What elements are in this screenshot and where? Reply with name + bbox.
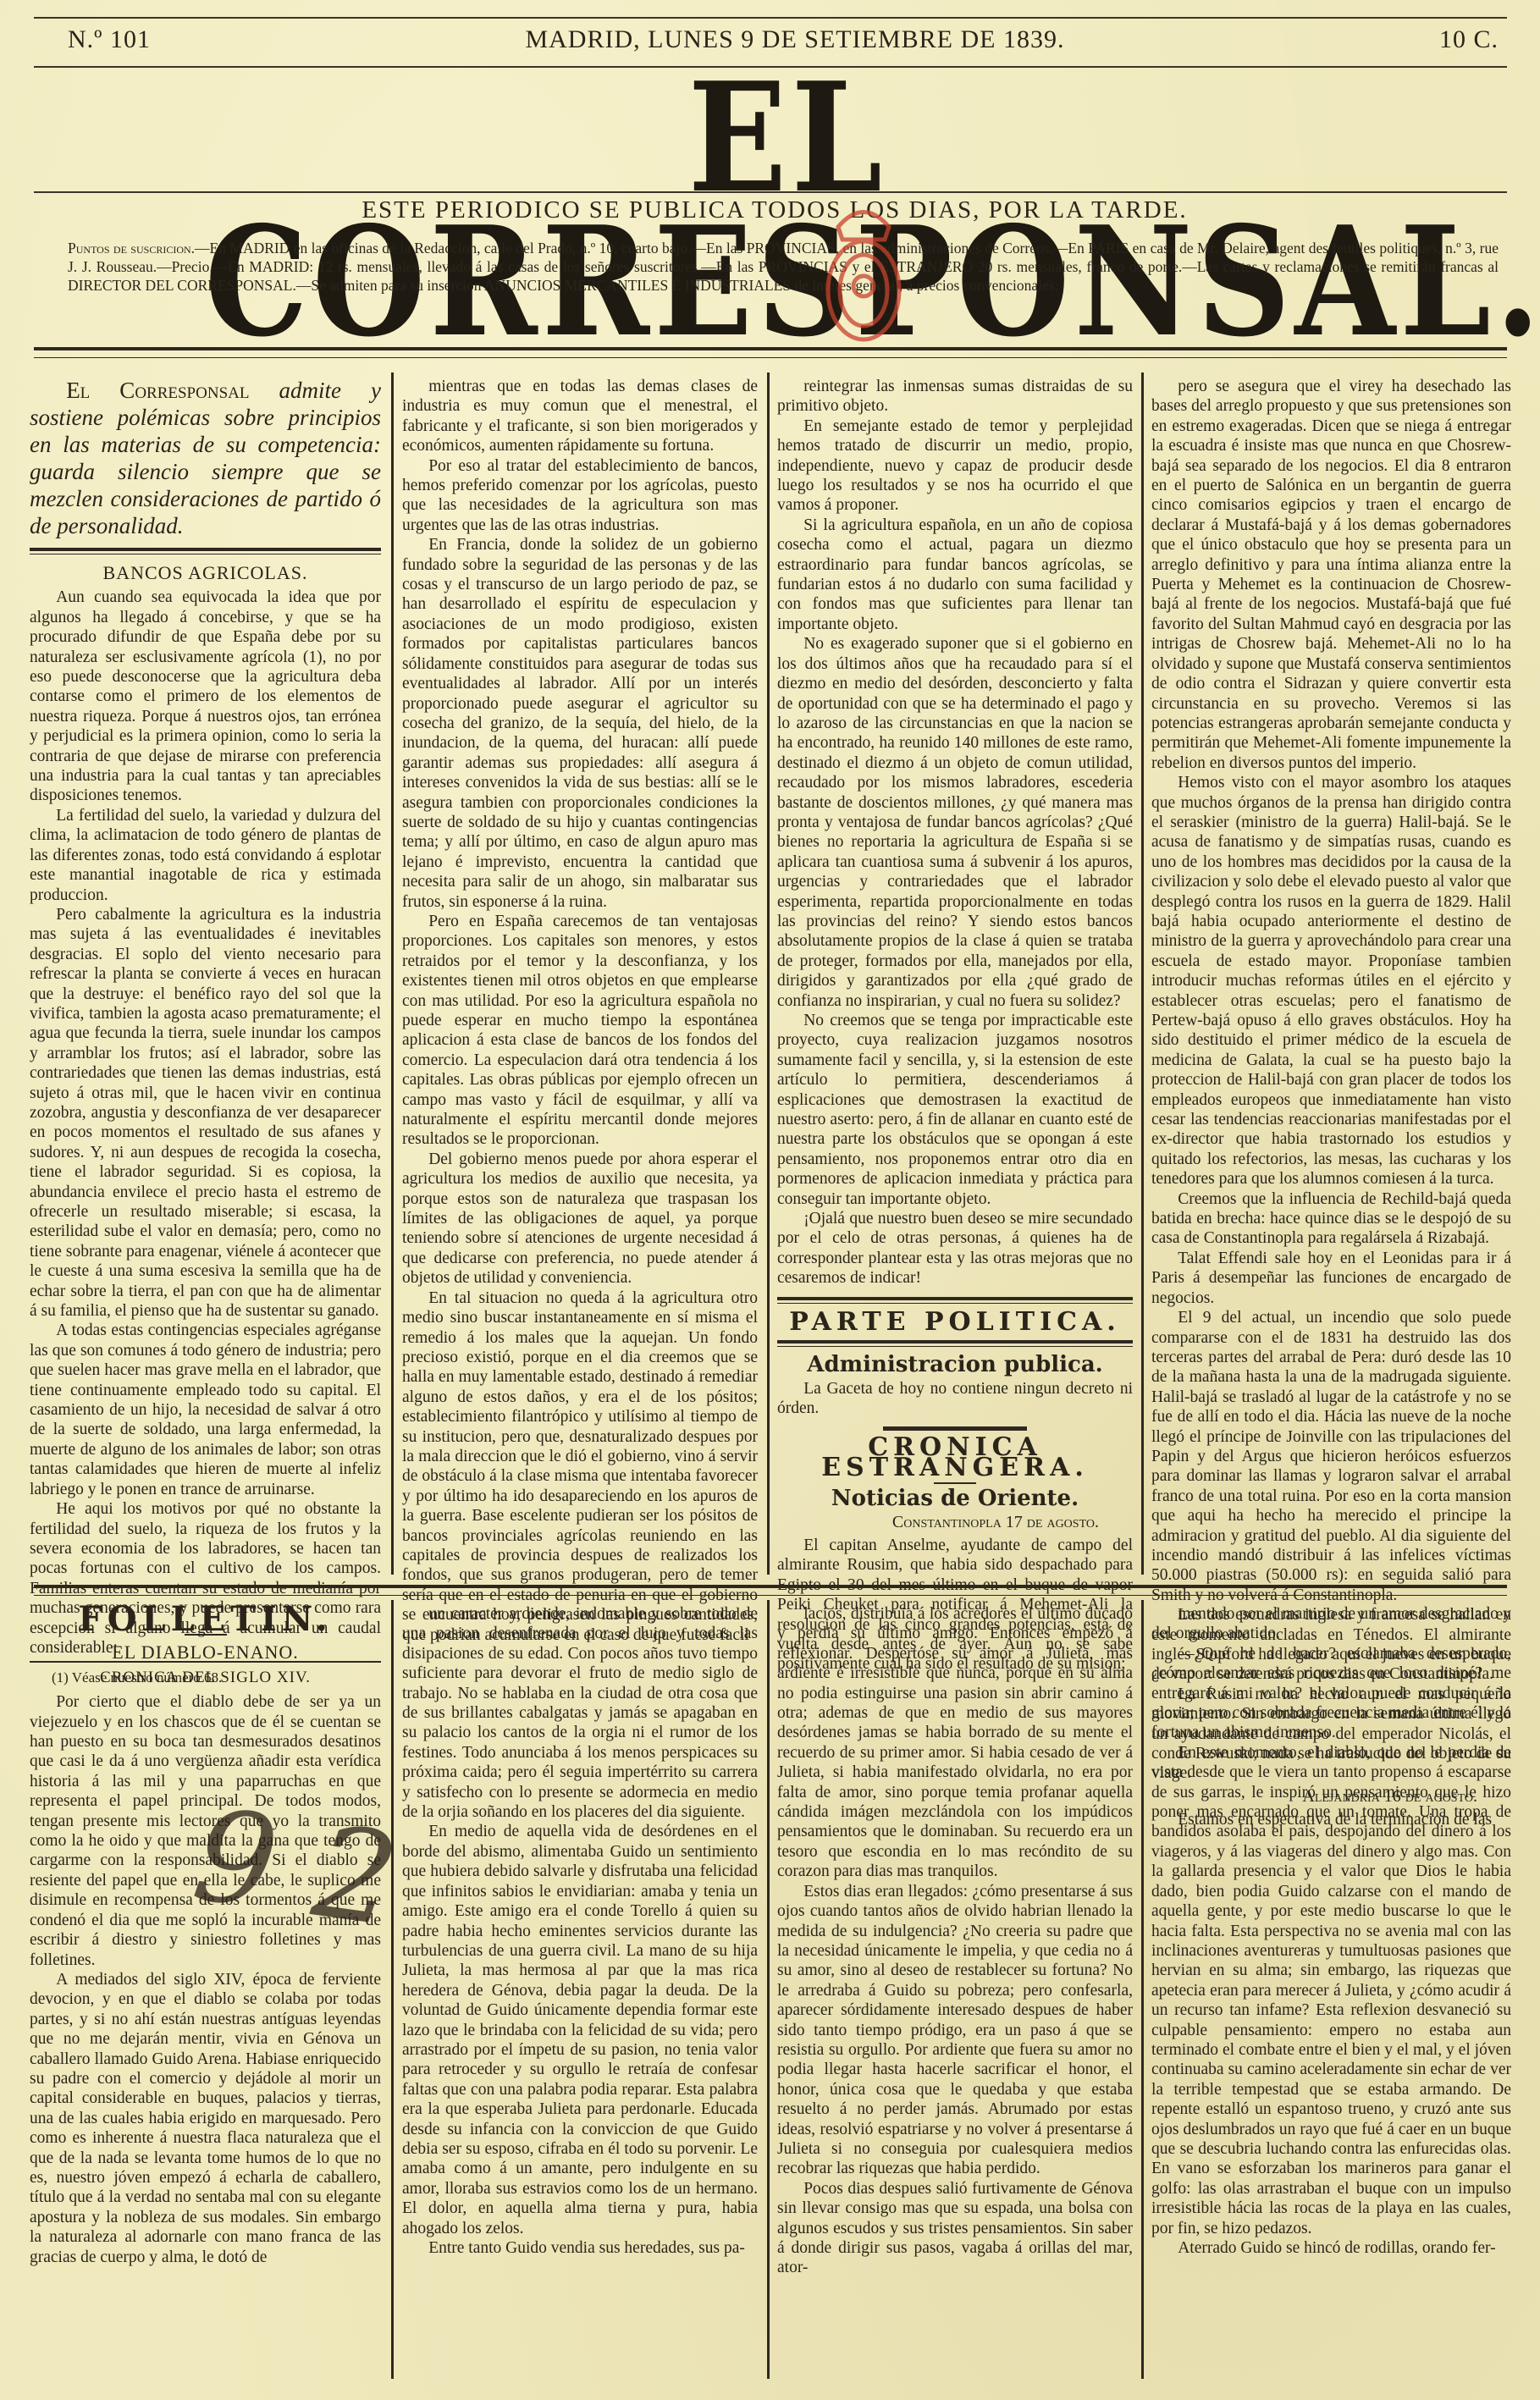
tagline: ESTE PERIODICO SE PUBLICA TODOS LOS DIAS… — [25, 196, 1524, 224]
paragraph: Aterrado Guido se hincó de rodillas, ora… — [1151, 2238, 1511, 2258]
paragraph: reintegrar las inmensas sumas distraidas… — [777, 377, 1133, 417]
column-divider — [1141, 372, 1144, 1575]
subscription-label: Puntos de suscricion. — [68, 240, 195, 257]
article-title: BANCOS AGRICOLAS. — [30, 563, 381, 582]
subscription-text: —En MADRID en las oficinas de la Redacci… — [68, 240, 1499, 294]
paragraph: En medio de aquella vida de desórdenes e… — [402, 1822, 758, 2238]
section-rule — [777, 1340, 1133, 1347]
paragraph: En semejante estado de temor y perplejid… — [777, 417, 1133, 516]
column-divider — [767, 1600, 770, 2379]
article-dateline: Constantinopla 17 de agosto. — [777, 1513, 1133, 1532]
section-rule — [777, 1297, 1133, 1304]
paragraph: pero se asegura que el virey ha desechad… — [1151, 377, 1511, 773]
subsection-title: Noticias de Oriente. — [777, 1489, 1133, 1509]
issue-price: 10 C. — [1439, 25, 1499, 54]
paragraph: Pero cabalmente la agricultura es la ind… — [30, 905, 381, 1321]
folletin-column-4: mentado por el martirio de un amor desgr… — [1151, 1604, 1511, 2258]
paragraph: lacios, distribuia á los acredores el úl… — [777, 1604, 1133, 1882]
paragraph: mientras que en todas las demas clases d… — [402, 377, 758, 456]
paragraph: Pocos dias despues salió furtivamente de… — [777, 2179, 1133, 2278]
subscription-info: Puntos de suscricion.—En MADRID en las o… — [68, 239, 1499, 295]
story-subtitle: CRONICA DEL SIGLO XIV. — [30, 1668, 381, 1687]
paragraph: Por eso al tratar del establecimiento de… — [402, 456, 758, 536]
story-title: EL DIABLO-ENANO. — [30, 1642, 381, 1662]
column-1: El Corresponsal admite y sostiene polémi… — [30, 377, 381, 1688]
paragraph: En este momento, el diablo, que no le pe… — [1151, 1743, 1511, 2238]
paragraph: A mediados del siglo XIV, época de fervi… — [30, 1970, 381, 2267]
editorial-motto: El Corresponsal admite y sostiene polémi… — [30, 377, 381, 539]
paragraph: Entre tanto Guido vendia sus heredades, … — [402, 2238, 758, 2258]
handwritten-annotation: 9 2 — [185, 1781, 406, 1956]
paragraph: ¡Ojalá que nuestro buen deseo se mire se… — [777, 1209, 1133, 1288]
section-title-cronica: CRONICA ESTRANGERA. — [777, 1437, 1133, 1477]
paragraph: Pero en España carecemos de tan ventajos… — [402, 912, 758, 1150]
folletin-column-3: lacios, distribuia á los acredores el úl… — [777, 1604, 1133, 2278]
paragraph: Creemos que la influencia de Rechild-baj… — [1151, 1189, 1511, 1249]
column-divider — [1141, 1600, 1144, 2379]
paragraph: mentado por el martirio de un amor desgr… — [1151, 1604, 1511, 1644]
column-divider — [391, 372, 394, 1575]
folletin-title: FOLLETIN. — [30, 1609, 381, 1629]
paragraph: Hemos visto con el mayor asombro los ata… — [1151, 773, 1511, 1189]
subsection-title: Administracion publica. — [777, 1355, 1133, 1375]
masthead-bottom-rule — [34, 347, 1507, 358]
short-rule — [934, 1482, 976, 1484]
paragraph: No creemos que se tenga por impracticabl… — [777, 1011, 1133, 1209]
paragraph: En Francia, donde la solidez de un gobie… — [402, 535, 758, 912]
rule-under-title — [34, 191, 1507, 193]
column-divider — [391, 1600, 394, 2379]
paragraph: La Gaceta de hoy no contiene ningun decr… — [777, 1379, 1133, 1419]
paragraph: Estos dias eran llegados: ¿cómo presenta… — [777, 1882, 1133, 2179]
paragraph: un caracter ardiende, indomable y sobre … — [402, 1604, 758, 1822]
folletin-column-2: un caracter ardiende, indomable y sobre … — [402, 1604, 758, 2258]
column-2: mientras que en todas las demas clases d… — [402, 377, 758, 1645]
paragraph: Aun cuando sea equivocada la idea que po… — [30, 588, 381, 805]
paragraph: —¿Qué he de hacer? esclamaba desesperado… — [1151, 1644, 1511, 1743]
paragraph: El 9 del actual, un incendio que solo pu… — [1151, 1308, 1511, 1605]
paragraph: No es exagerado suponer que si el gobier… — [777, 634, 1133, 1011]
paragraph: Talat Effendi sale hoy en el Leonidas pa… — [1151, 1249, 1511, 1308]
paragraph: La fertilidad del suelo, la variedad y d… — [30, 806, 381, 905]
paragraph: Del gobierno menos puede por ahora esper… — [402, 1150, 758, 1288]
section-rule — [30, 548, 381, 554]
paragraph: Si la agricultura española, en un año de… — [777, 516, 1133, 634]
paragraph: A todas estas contingencias especiales a… — [30, 1321, 381, 1499]
section-rule — [883, 1426, 1027, 1431]
section-title-parte-politica: PARTE POLITICA. — [777, 1312, 1133, 1332]
column-divider — [767, 372, 770, 1575]
column-3: reintegrar las inmensas sumas distraidas… — [777, 377, 1133, 1674]
issue-number: N.º 101 — [68, 25, 151, 54]
folletin-rule — [34, 1585, 1507, 1596]
